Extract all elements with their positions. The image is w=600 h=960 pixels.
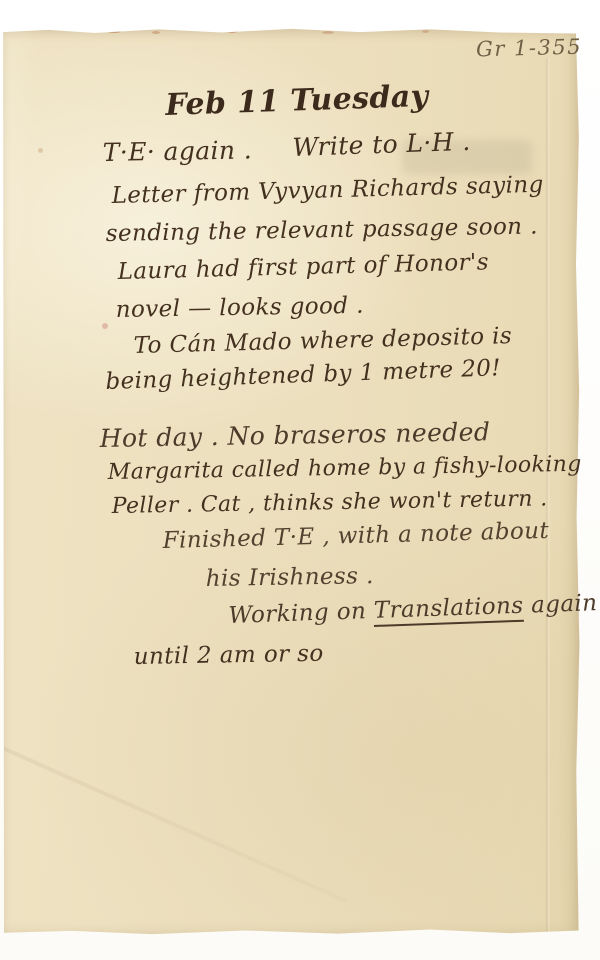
working-line-prefix: Working on	[228, 598, 374, 629]
faint-stain	[38, 148, 43, 153]
handwritten-line: his Irishness .	[206, 563, 374, 592]
underlined-word-translations: Translations	[373, 593, 524, 627]
working-line-suffix: again	[523, 590, 598, 619]
paper-crease-diagonal	[0, 728, 347, 902]
archive-number: Gr 1-355	[476, 35, 583, 62]
handwritten-line: novel — looks good .	[116, 293, 365, 323]
handwritten-line-te-again: T·E· again .	[102, 135, 252, 167]
scanned-page-background: Gr 1-355 Feb 11 Tuesday T·E· again . Wri…	[0, 0, 600, 960]
handwritten-line-write-lh: Write to L·H .	[292, 127, 471, 162]
handwritten-line-until: until 2 am or so	[134, 641, 324, 670]
pink-stain	[102, 323, 108, 329]
foxing-speck	[227, 30, 237, 33]
foxing-speck	[152, 31, 160, 34]
foxing-speck	[107, 30, 121, 33]
foxing-speck	[322, 31, 334, 34]
foxing-speck	[422, 30, 429, 33]
